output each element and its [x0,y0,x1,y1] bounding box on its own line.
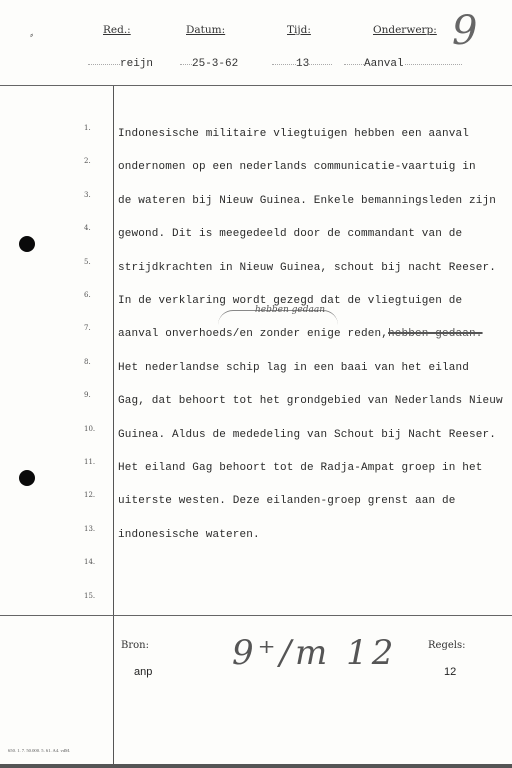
line-number: 3. [84,191,106,199]
body-line: Het eiland Gag behoort tot de Radja-Ampa… [118,462,483,474]
red-label: Red.: [103,24,131,36]
body-line-text: Het nederlandse schip lag in een baai va… [118,362,469,374]
body-line: Het nederlandse schip lag in een baai va… [118,362,469,374]
print-code: 650. 1. 7. 50.000. 5. 61. A4. vdM. [8,748,70,753]
onderwerp-value: Aanval [364,58,404,70]
tijd-value: 13 [296,58,309,70]
handwritten-insertion: hebben gedaan [255,305,325,315]
body-line-text: uiterste westen. Deze eilanden-groep gre… [118,495,456,507]
bron-value: anp [134,666,152,678]
footer-rule [0,615,512,616]
datum-value: 25-3-62 [192,58,238,70]
body-line: gewond. Dit is meegedeeld door de comman… [118,228,462,240]
body-line: uiterste westen. Deze eilanden-groep gre… [118,495,456,507]
body-line: aanval onverhoeds/en zonder enige reden,… [118,328,483,340]
regels-value: 12 [444,666,456,678]
dotted-rule [88,64,122,65]
body-line: strijdkrachten in Nieuw Guinea, schout b… [118,262,496,274]
body-line-text: Gag, dat behoort tot het grondgebied van… [118,395,503,407]
body-line: ondernomen op een nederlands communicati… [118,161,476,173]
struck-text: hebben gedaan. [388,328,483,340]
page-number: 9 [452,8,477,54]
header-rule [0,85,512,86]
bottom-edge [0,764,512,768]
line-number: 2. [84,157,106,165]
handwritten-note: 9⁺/m 12 [232,633,397,673]
line-number: 10. [84,425,106,433]
line-number: 7. [84,324,106,332]
dotted-rule [180,64,192,65]
margin-divider [113,86,114,764]
body-line-text: ondernomen op een nederlands communicati… [118,161,476,173]
line-number: 9. [84,391,106,399]
body-line-text: strijdkrachten in Nieuw Guinea, schout b… [118,262,496,274]
body-line-text: aanval onverhoeds/en zonder enige reden, [118,328,388,340]
onderwerp-label: Onderwerp: [373,24,437,36]
body-line-text: de wateren bij Nieuw Guinea. Enkele bema… [118,195,496,207]
stray-marks: ⸗ [30,30,33,41]
body-line: indonesische wateren. [118,529,260,541]
line-number: 8. [84,358,106,366]
body-line-text: Indonesische militaire vliegtuigen hebbe… [118,128,469,140]
line-number: 13. [84,525,106,533]
line-number: 6. [84,291,106,299]
line-number: 12. [84,491,106,499]
bron-label: Bron: [121,640,149,651]
punch-hole [19,236,35,252]
body-line-text: gewond. Dit is meegedeeld door de comman… [118,228,462,240]
line-number: 5. [84,258,106,266]
line-number: 1. [84,124,106,132]
body-line-text: Het eiland Gag behoort tot de Radja-Ampa… [118,462,483,474]
line-number: 14. [84,558,106,566]
body-line: de wateren bij Nieuw Guinea. Enkele bema… [118,195,496,207]
tijd-label: Tijd: [287,24,311,36]
datum-label: Datum: [186,24,225,36]
body-line: Indonesische militaire vliegtuigen hebbe… [118,128,469,140]
body-line-text: indonesische wateren. [118,529,260,541]
red-value: reijn [120,58,153,70]
line-number: 11. [84,458,106,466]
body-line: Guinea. Aldus de mededeling van Schout b… [118,429,496,441]
body-line: Gag, dat behoort tot het grondgebied van… [118,395,503,407]
line-number: 4. [84,224,106,232]
line-number: 15. [84,592,106,600]
punch-hole [19,470,35,486]
body-line-text: Guinea. Aldus de mededeling van Schout b… [118,429,496,441]
regels-label: Regels: [428,640,465,651]
